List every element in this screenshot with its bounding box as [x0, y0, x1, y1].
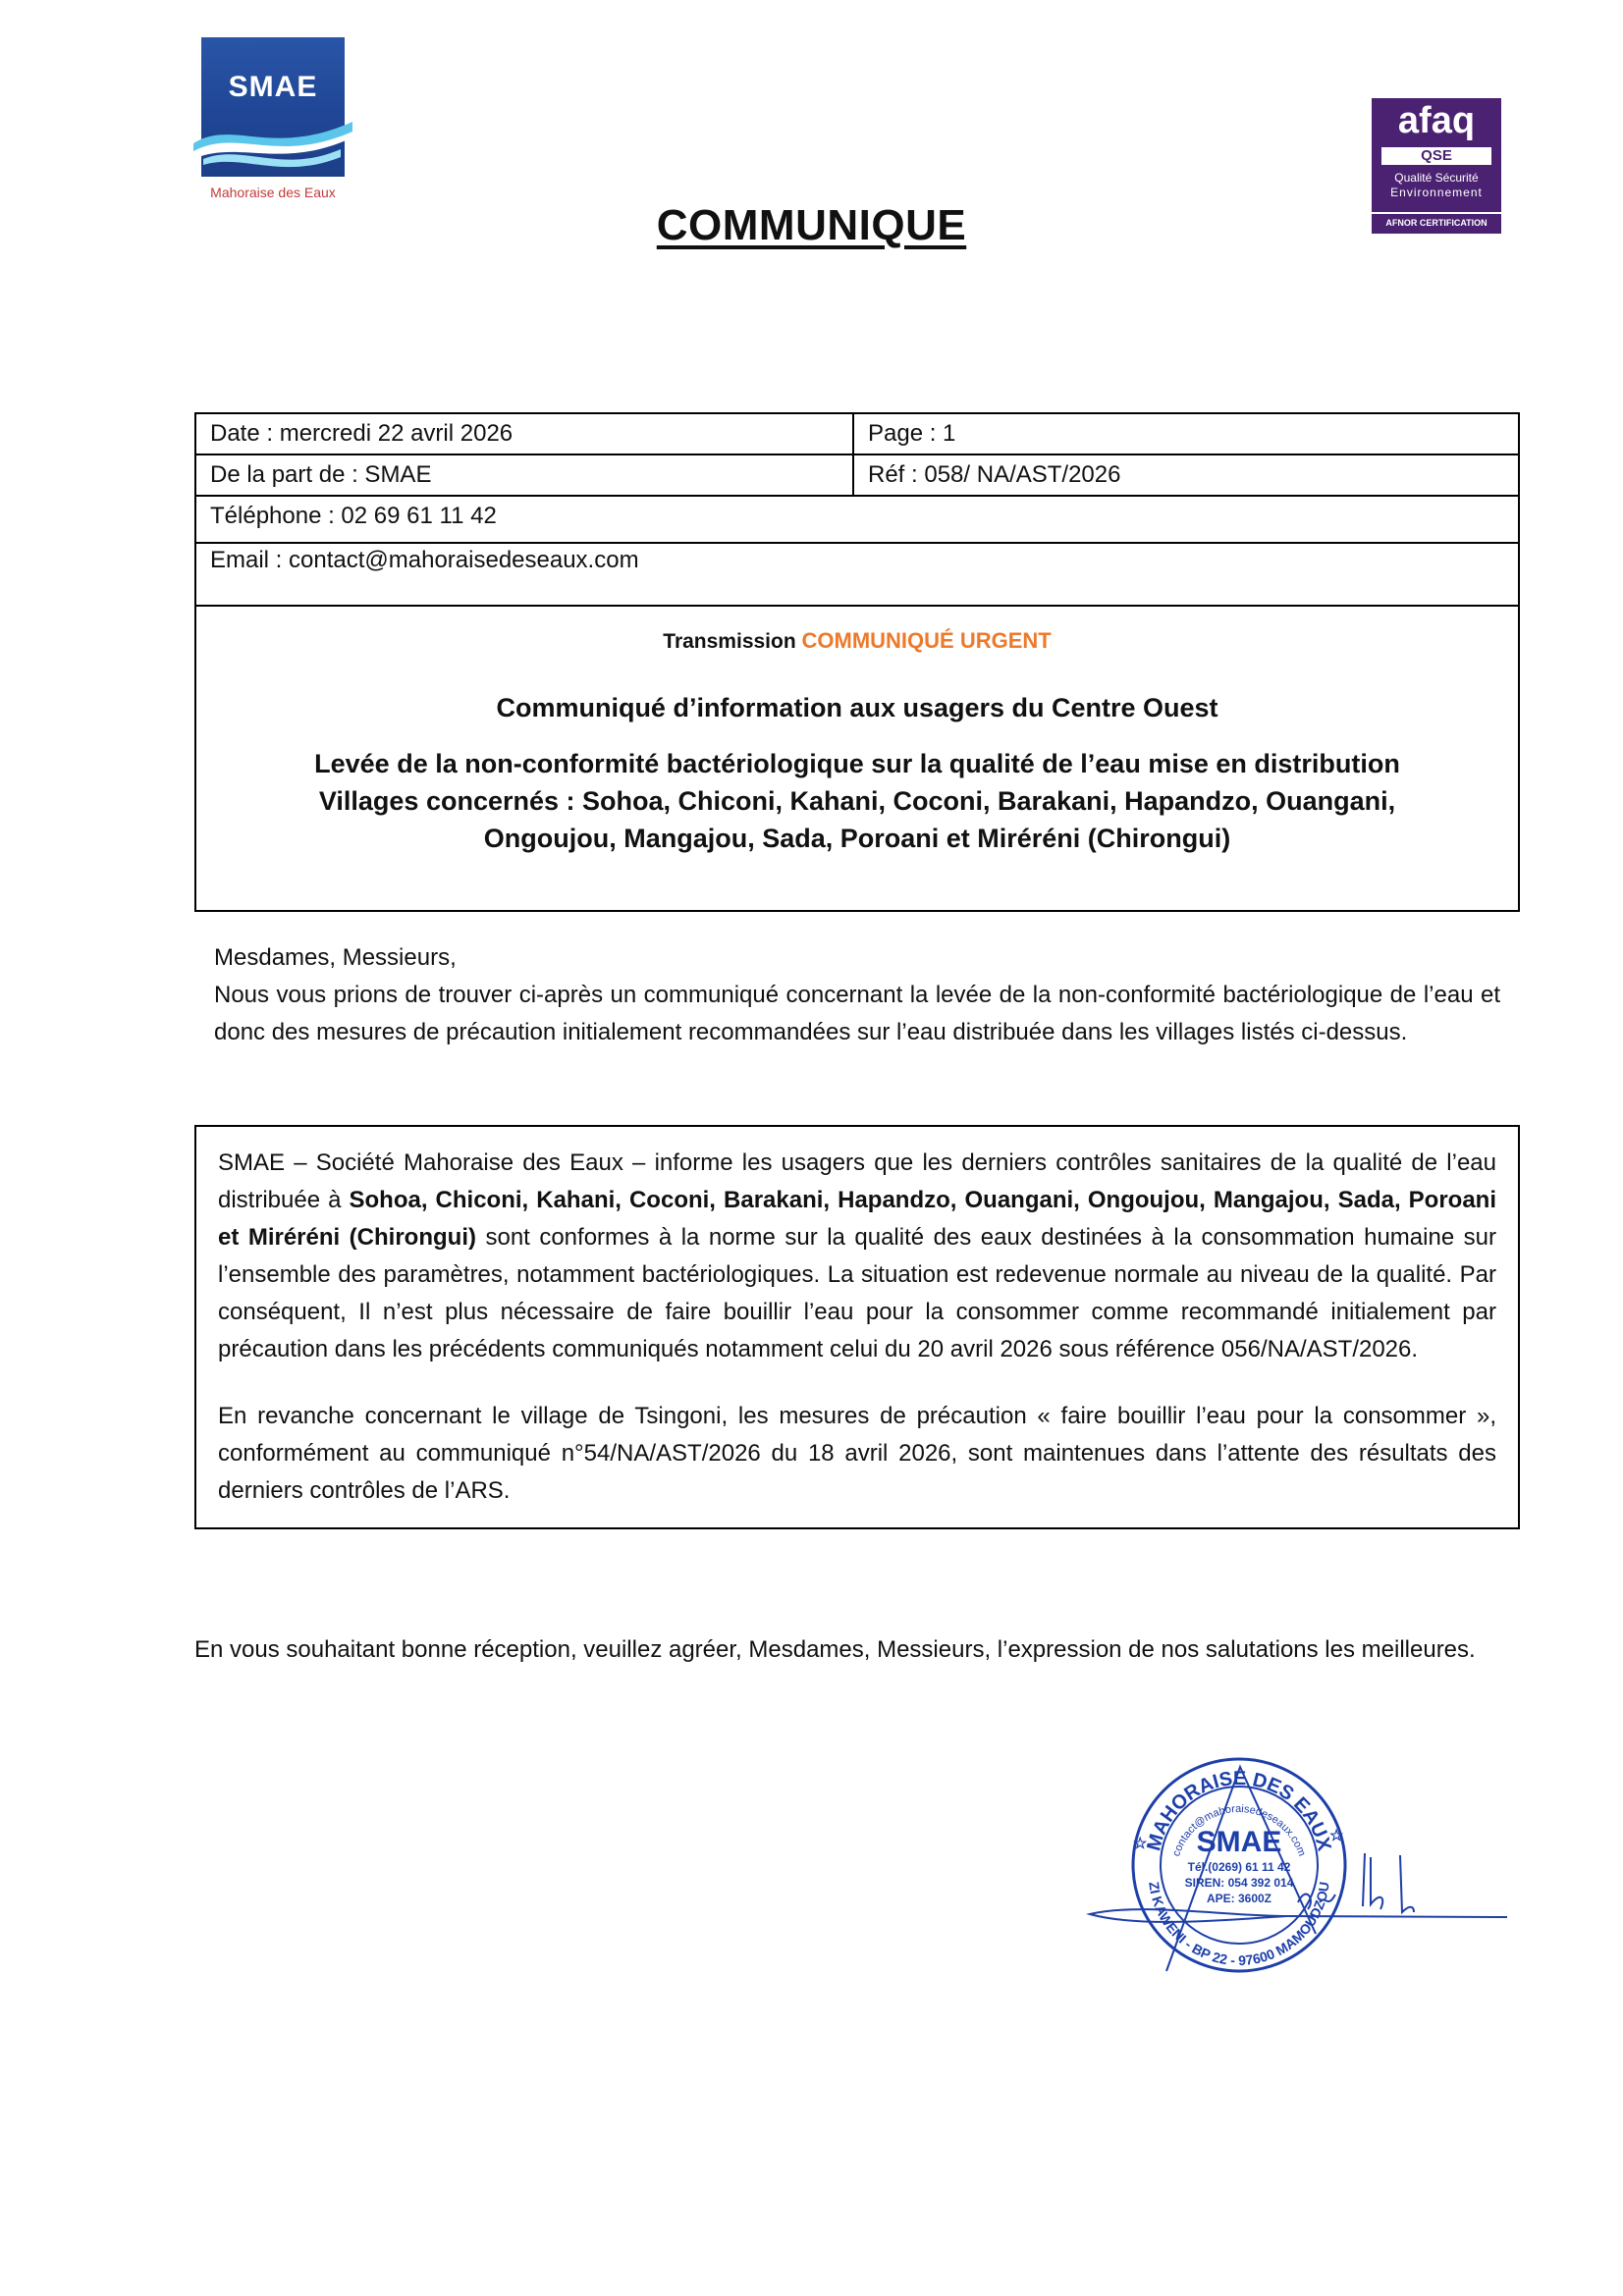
- header-row: Date : mercredi 22 avril 2026 Page : 1: [196, 414, 1518, 455]
- smae-logo: SMAE Mahoraise des Eaux: [199, 37, 347, 209]
- subject-details: Levée de la non-conformité bactériologiq…: [196, 745, 1518, 857]
- email-cell: Email : contact@mahoraisedeseaux.com: [196, 544, 653, 605]
- stamp-ape: APE: 3600Z: [1207, 1892, 1271, 1905]
- afaq-line1: Qualité Sécurité: [1372, 171, 1501, 185]
- afaq-qse-badge: QSE: [1381, 147, 1491, 165]
- smae-tagline: Mahoraise des Eaux: [199, 185, 347, 200]
- urgent-label: COMMUNIQUÉ URGENT: [802, 628, 1052, 653]
- phone-cell: Téléphone : 02 69 61 11 42: [196, 497, 511, 542]
- subject-line-2: Villages concernés : Sohoa, Chiconi, Kah…: [196, 782, 1518, 820]
- notice-paragraph-2: En revanche concernant le village de Tsi…: [218, 1398, 1496, 1510]
- wave-icon: [193, 114, 352, 173]
- intro-text: Nous vous prions de trouver ci-après un …: [214, 977, 1500, 1051]
- header-table: Date : mercredi 22 avril 2026 Page : 1 D…: [194, 412, 1520, 607]
- star-icon: ☆: [1329, 1828, 1344, 1844]
- date-cell: Date : mercredi 22 avril 2026: [196, 414, 854, 454]
- subject-line-1: Levée de la non-conformité bactériologiq…: [196, 745, 1518, 782]
- page-cell: Page : 1: [854, 414, 969, 454]
- header-row: De la part de : SMAE Réf : 058/ NA/AST/2…: [196, 455, 1518, 497]
- subject-subtitle: Communiqué d’information aux usagers du …: [196, 693, 1518, 723]
- from-label: De la part de: [210, 461, 352, 488]
- transmission-line: Transmission COMMUNIQUÉ URGENT: [196, 628, 1518, 654]
- closing-text: En vous souhaitant bonne réception, veui…: [194, 1631, 1516, 1669]
- subject-box: Transmission COMMUNIQUÉ URGENT Communiqu…: [194, 602, 1520, 912]
- afaq-wordmark: afaq: [1372, 98, 1501, 143]
- subject-line-3: Ongoujou, Mangajou, Sada, Poroani et Mir…: [196, 820, 1518, 857]
- stamp-siren: SIREN: 054 392 014: [1185, 1876, 1294, 1890]
- star-icon: ☆: [1133, 1836, 1148, 1852]
- page-title: COMMUNIQUE: [0, 201, 1623, 250]
- from-value: : SMAE: [352, 461, 431, 488]
- smae-logo-text: SMAE: [201, 71, 345, 104]
- ref-cell: Réf : 058/ NA/AST/2026: [854, 455, 1134, 495]
- notice-paragraph-1: SMAE – Société Mahoraise des Eaux – info…: [218, 1145, 1496, 1368]
- afaq-line2: Environnement: [1372, 186, 1501, 199]
- header-row: Téléphone : 02 69 61 11 42: [196, 497, 1518, 544]
- greeting: Mesdames, Messieurs,: [214, 939, 1500, 977]
- notice-box: SMAE – Société Mahoraise des Eaux – info…: [194, 1125, 1520, 1529]
- intro-section: Mesdames, Messieurs, Nous vous prions de…: [214, 939, 1500, 1051]
- company-stamp: MAHORAISE DES EAUX ZI KAWENI - BP 22 - 9…: [1080, 1747, 1532, 2002]
- transmission-label: Transmission: [663, 630, 801, 653]
- header-row: Email : contact@mahoraisedeseaux.com: [196, 544, 1518, 605]
- from-cell: De la part de : SMAE: [196, 455, 854, 495]
- smae-logo-box: SMAE: [201, 37, 345, 177]
